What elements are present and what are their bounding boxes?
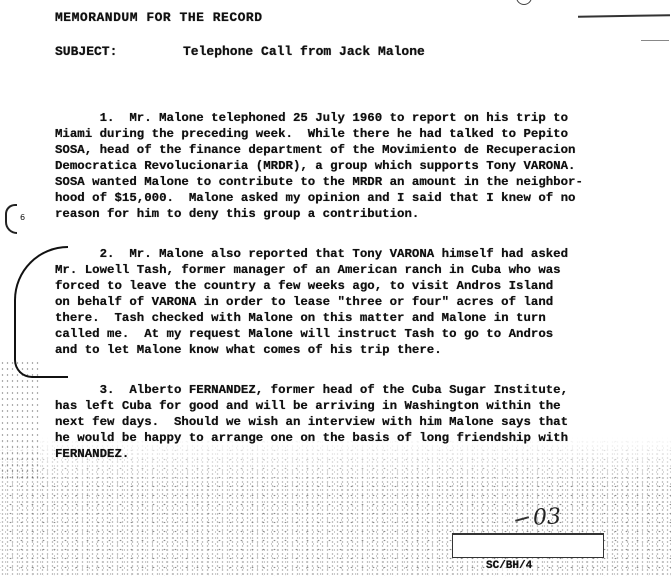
footer-code: SC/BH/4 <box>486 560 532 572</box>
top-small-line <box>641 40 669 41</box>
subject-value: Telephone Call from Jack Malone <box>183 44 425 59</box>
memo-heading: MEMORANDUM FOR THE RECORD <box>55 10 263 25</box>
margin-bracket-paragraph-2 <box>14 246 68 378</box>
margin-bracket-paragraph-1 <box>5 204 17 234</box>
margin-mark: 6 <box>20 213 25 222</box>
scan-noise-left <box>0 360 40 480</box>
footer-redaction-box <box>452 533 604 558</box>
memorandum-page: MEMORANDUM FOR THE RECORD SUBJECT: Telep… <box>0 0 671 576</box>
handwritten-page-number: 03 <box>532 504 561 530</box>
paragraph-1: 1. Mr. Malone telephoned 25 July 1960 to… <box>55 110 655 222</box>
top-scribble-mark <box>516 0 532 5</box>
paragraph-2: 2. Mr. Malone also reported that Tony VA… <box>55 246 655 358</box>
paragraph-3: 3. Alberto FERNANDEZ, former head of the… <box>55 382 655 462</box>
top-redaction-line <box>578 14 670 18</box>
subject-label: SUBJECT: <box>55 44 117 59</box>
